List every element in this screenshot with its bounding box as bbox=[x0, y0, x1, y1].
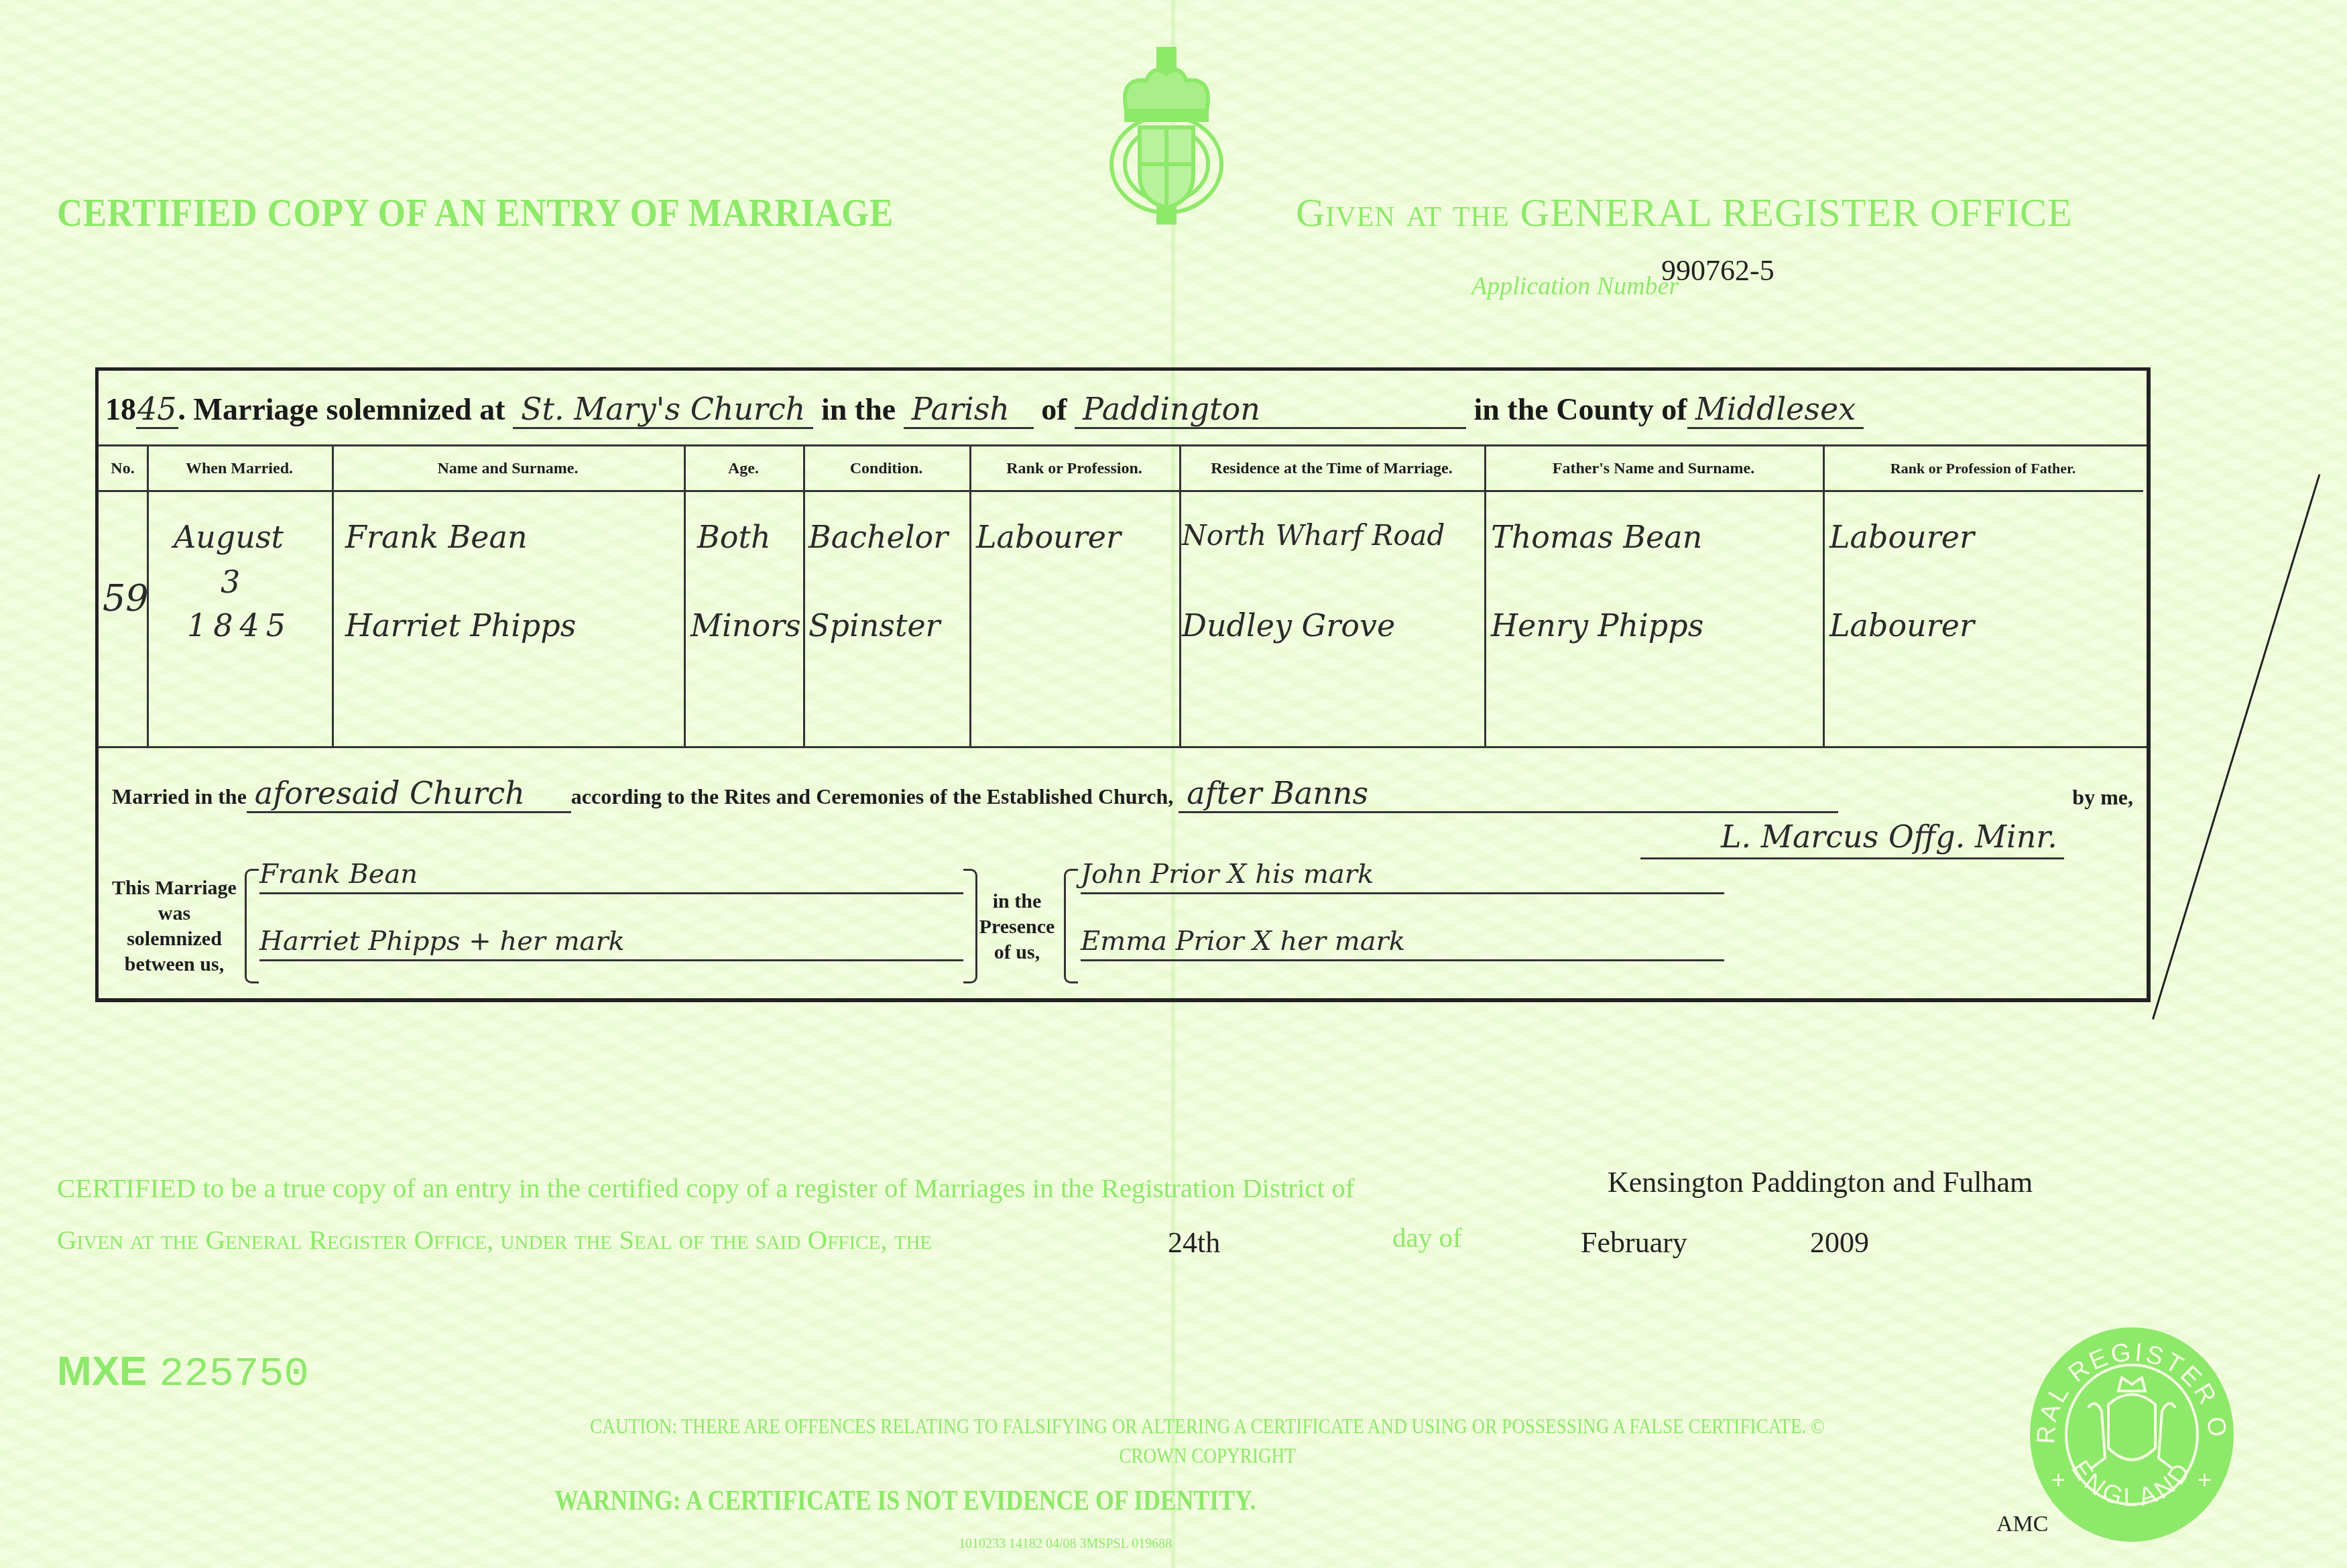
ceremony-line: Married in theaforesaid Churchaccording … bbox=[112, 775, 1838, 813]
presence-label: in the Presence of us, bbox=[977, 889, 1057, 965]
groom-father-rank: Labourer bbox=[1829, 519, 1974, 555]
registration-district: Kensington Paddington and Fulham bbox=[1608, 1165, 2033, 1199]
marriage-year: 1845 bbox=[187, 607, 292, 644]
column-name: Name and Surname. Frank Bean Harriet Phi… bbox=[332, 446, 686, 748]
issuing-office-title: Given at the GENERAL REGISTER OFFICE bbox=[1296, 190, 2073, 236]
column-age: Age. Both Minors bbox=[684, 446, 805, 748]
church-name: St. Mary's Church bbox=[513, 391, 813, 429]
certification-year: 2009 bbox=[1810, 1225, 1869, 1260]
groom-name: Frank Bean bbox=[345, 519, 528, 555]
ceremony-section: Married in theaforesaid Churchaccording … bbox=[99, 746, 2147, 996]
groom-residence: North Wharf Road bbox=[1182, 519, 1445, 552]
given-at-statement: Given at the General Register Office, un… bbox=[57, 1223, 932, 1256]
application-number-value: 990762-5 bbox=[1661, 253, 1774, 288]
document-title: CERTIFIED COPY OF AN ENTRY OF MARRIAGE bbox=[57, 190, 894, 236]
groom-rank: Labourer bbox=[976, 519, 1121, 555]
groom-age: Both bbox=[697, 519, 771, 555]
ceremony-by: after Banns bbox=[1179, 775, 1838, 813]
serial-number: 225750 bbox=[159, 1350, 308, 1398]
marriage-register-entry: 1845. Marriage solemnized at St. Mary's … bbox=[95, 367, 2151, 1002]
bride-father-name: Henry Phipps bbox=[1491, 607, 1703, 644]
column-father-rank: Rank or Profession of Father. Labourer L… bbox=[1823, 446, 2143, 748]
svg-text:+: + bbox=[2198, 1466, 2212, 1494]
parish-name: Paddington bbox=[1075, 391, 1466, 429]
officiant-signature: L. Marcus Offg. Minr. bbox=[1640, 819, 2064, 859]
diagonal-cancel-line bbox=[2152, 474, 2320, 1020]
certificate-serial: MXE225750 bbox=[57, 1347, 309, 1398]
caution-notice: CAUTION: THERE ARE OFFENCES RELATING TO … bbox=[0, 1411, 2347, 1470]
marriage-month: August bbox=[174, 519, 284, 555]
bride-father-rank: Labourer bbox=[1829, 607, 1974, 644]
party-2-signature: Harriet Phipps + her mark bbox=[259, 926, 963, 961]
middle-brace-right bbox=[963, 869, 977, 983]
column-when-married: When Married. August 3 1845 bbox=[147, 446, 334, 748]
column-father-name: Father's Name and Surname. Thomas Bean H… bbox=[1484, 446, 1825, 748]
identity-warning: WARNING: A CERTIFICATE IS NOT EVIDENCE O… bbox=[0, 1485, 2347, 1517]
print-code: 1010233 14182 04/08 3MSPSL 019688 bbox=[959, 1536, 1172, 1552]
groom-father-name: Thomas Bean bbox=[1491, 519, 1702, 555]
bride-residence: Dudley Grove bbox=[1182, 607, 1395, 644]
year-handwritten: 45 bbox=[136, 391, 178, 429]
county-name: Middlesex bbox=[1687, 391, 1864, 429]
register-heading: 1845. Marriage solemnized at St. Mary's … bbox=[105, 391, 1864, 429]
witness-1-signature: John Prior X his mark bbox=[1081, 859, 1724, 894]
certification-statement: CERTIFIED to be a true copy of an entry … bbox=[57, 1172, 1354, 1204]
application-number-label: Application Number bbox=[1471, 272, 1679, 301]
general-register-office-seal-icon: GENERAL REGISTER OFFICE ENGLAND + + bbox=[2025, 1324, 2239, 1545]
day-of-label: day of bbox=[1392, 1221, 1462, 1254]
marriage-day: 3 bbox=[221, 564, 240, 600]
certification-month: February bbox=[1581, 1225, 1687, 1260]
royal-crest-icon bbox=[1099, 44, 1233, 225]
bride-condition: Spinster bbox=[808, 607, 941, 644]
column-condition: Condition. Bachelor Spinster bbox=[803, 446, 971, 748]
column-residence: Residence at the Time of Marriage. North… bbox=[1179, 446, 1486, 748]
svg-text:+: + bbox=[2051, 1466, 2065, 1494]
entry-number: 59 bbox=[103, 577, 149, 619]
solemnized-between-label: This Marriage was solemnized between us, bbox=[111, 876, 238, 977]
certification-day: 24th bbox=[1168, 1225, 1220, 1260]
groom-condition: Bachelor bbox=[808, 519, 948, 555]
serial-prefix: MXE bbox=[57, 1348, 147, 1394]
column-no: No. 59 bbox=[99, 446, 149, 748]
column-rank: Rank or Profession. Labourer bbox=[969, 446, 1181, 748]
party-1-signature: Frank Bean bbox=[259, 859, 963, 894]
register-table: No. 59 When Married. August 3 1845 Name … bbox=[99, 444, 2147, 748]
bride-age: Minors bbox=[690, 607, 801, 644]
witness-2-signature: Emma Prior X her mark bbox=[1081, 926, 1724, 961]
middle-brace-left bbox=[1064, 869, 1078, 983]
parish-type: Parish bbox=[904, 391, 1034, 429]
bride-name: Harriet Phipps bbox=[345, 607, 576, 644]
ceremony-place: aforesaid Church bbox=[247, 775, 571, 813]
left-brace bbox=[245, 869, 259, 983]
by-me-label: by me, bbox=[2072, 785, 2133, 810]
